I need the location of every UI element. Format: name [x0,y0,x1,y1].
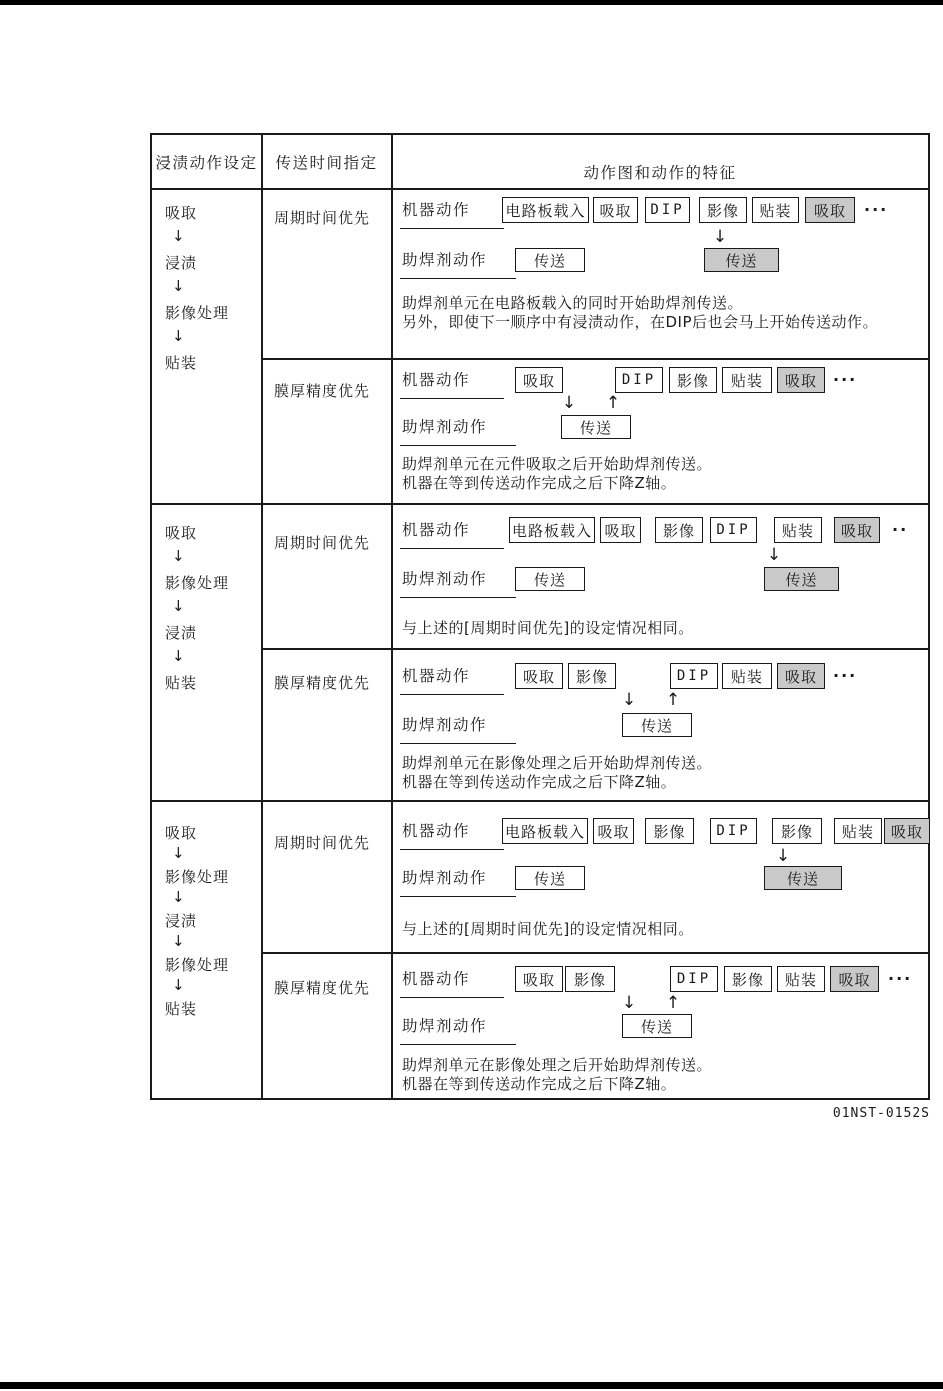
machine-action-box: 电路板载入 [502,197,589,223]
sequence-step: 浸渍 [165,622,197,643]
note-line: 机器在等到传送动作完成之后下降Z轴。 [402,773,676,792]
machine-action-box: DIP [645,197,690,223]
dip-settings-table: 浸渍动作设定 传送时间指定 动作图和动作的特征 吸取↓浸渍↓影像处理↓贴装周期时… [150,133,930,1100]
priority-cell: 周期时间优先 [274,832,370,853]
action-diagram: 机器动作吸取影像DIP影像贴装吸取···↓↑助焊剂动作传送助焊剂单元在影像处理之… [392,954,928,1098]
note-line: 助焊剂单元在电路板载入的同时开始助焊剂传送。 [402,294,743,313]
flux-transfer-box-next-cycle: 传送 [764,567,839,591]
sequence-step: 贴装 [165,352,197,373]
header-cell-dip-action-setting: 浸渍动作设定 [152,135,261,188]
machine-action-box: 吸取 [515,966,563,992]
table-vline [261,135,263,1098]
sequence-arrow-icon: ↓ [172,932,185,950]
sequence-arrow-icon: ↓ [172,976,185,994]
flux-transfer-box: 传送 [515,248,585,272]
sequence-step: 贴装 [165,672,197,693]
machine-action-box: 电路板载入 [502,818,588,844]
sequence-arrow-icon: ↓ [172,327,185,345]
down-arrow-icon: ↓ [560,394,578,412]
flux-action-label: 助焊剂动作 [400,866,516,897]
note-line: 助焊剂单元在影像处理之后开始助焊剂传送。 [402,754,712,773]
machine-action-box: 贴装 [774,517,822,543]
sequence-continues-ellipsis: ··· [864,200,888,220]
note-line: 与上述的[周期时间优先]的设定情况相同。 [402,619,694,638]
sequence-step: 影像处理 [165,954,229,975]
machine-action-box: 吸取 [593,197,638,223]
sequence-step: 贴装 [165,998,197,1019]
sequence-step: 吸取 [165,522,197,543]
dip-sequence-cell: 吸取↓影像处理↓浸渍↓贴装 [152,505,261,802]
machine-action-label: 机器动作 [400,368,504,399]
machine-action-box: DIP [710,818,757,844]
header-cell-transfer-time-spec: 传送时间指定 [263,135,390,188]
priority-cell: 膜厚精度优先 [274,380,370,401]
machine-action-box: 影像 [655,517,703,543]
sequence-step: 浸渍 [165,252,197,273]
flux-action-label: 助焊剂动作 [400,415,516,446]
sequence-continues-ellipsis: ··· [833,666,857,686]
note-line: 另外，即使下一顺序中有浸渍动作，在DIP后也会马上开始传送动作。 [402,313,878,332]
machine-action-box: 电路板载入 [509,517,595,543]
machine-action-box: 吸取 [515,663,563,689]
dip-sequence-cell: 吸取↓浸渍↓影像处理↓贴装 [152,190,261,505]
machine-action-box: 贴装 [777,966,825,992]
figure-caption: 01NST-0152S [833,1106,930,1121]
flux-action-label: 助焊剂动作 [400,248,516,279]
priority-cell: 周期时间优先 [274,532,370,553]
machine-action-label: 机器动作 [400,518,504,549]
down-arrow-icon: ↓ [765,546,783,564]
machine-action-box: 贴装 [722,663,772,689]
machine-action-box: 吸取 [593,818,634,844]
machine-action-label: 机器动作 [400,198,504,229]
page-bottom-edge-bar [0,1382,943,1389]
machine-action-box: DIP [710,517,757,543]
priority-cell: 周期时间优先 [274,207,370,228]
priority-cell: 膜厚精度优先 [274,672,370,693]
up-arrow-icon: ↑ [664,691,682,709]
machine-action-box: 吸取 [600,517,641,543]
flux-transfer-box: 传送 [622,713,692,737]
machine-action-label: 机器动作 [400,967,504,998]
sequence-continues-ellipsis: ·· [892,520,908,540]
flux-transfer-box: 传送 [561,415,631,439]
down-arrow-icon: ↓ [711,228,729,246]
action-diagram: 机器动作吸取影像DIP贴装吸取···↓↑助焊剂动作传送助焊剂单元在影像处理之后开… [392,650,928,802]
priority-cell: 膜厚精度优先 [274,977,370,998]
sequence-arrow-icon: ↓ [172,227,185,245]
flux-transfer-box: 传送 [515,567,585,591]
up-arrow-icon: ↑ [604,394,622,412]
machine-action-box: DIP [670,663,718,689]
sequence-step: 影像处理 [165,302,229,323]
machine-action-box: 影像 [568,663,616,689]
sequence-arrow-icon: ↓ [172,597,185,615]
sequence-step: 吸取 [165,202,197,223]
sequence-step: 吸取 [165,822,197,843]
machine-action-box-next-cycle: 吸取 [777,367,825,393]
flux-action-label: 助焊剂动作 [400,567,516,598]
sequence-arrow-icon: ↓ [172,547,185,565]
machine-action-box-next-cycle: 吸取 [805,197,855,223]
sequence-step: 影像处理 [165,866,229,887]
machine-action-box: 吸取 [515,367,563,393]
note-line: 助焊剂单元在影像处理之后开始助焊剂传送。 [402,1056,712,1075]
note-line: 机器在等到传送动作完成之后下降Z轴。 [402,1075,676,1094]
machine-action-box: 影像 [772,818,822,844]
note-line: 机器在等到传送动作完成之后下降Z轴。 [402,474,676,493]
action-diagram: 机器动作电路板载入吸取DIP影像贴装吸取···↓助焊剂动作传送传送助焊剂单元在电… [392,190,928,360]
machine-action-box: DIP [615,367,663,393]
flux-action-label: 助焊剂动作 [400,1014,516,1045]
machine-action-box-next-cycle: 吸取 [830,966,879,992]
machine-action-box: 贴装 [834,818,882,844]
machine-action-box: 贴装 [722,367,772,393]
action-diagram: 机器动作电路板载入吸取影像DIP影像贴装吸取↓助焊剂动作传送传送与上述的[周期时… [392,802,928,954]
flux-transfer-box: 传送 [622,1014,692,1038]
machine-action-label: 机器动作 [400,664,504,695]
sequence-arrow-icon: ↓ [172,844,185,862]
machine-action-box-next-cycle: 吸取 [884,818,930,844]
flux-transfer-box-next-cycle: 传送 [764,866,842,890]
sequence-arrow-icon: ↓ [172,888,185,906]
machine-action-box: 影像 [645,818,694,844]
machine-action-box: DIP [670,966,718,992]
page-top-edge-bar [0,0,943,5]
sequence-continues-ellipsis: ··· [833,370,857,390]
sequence-arrow-icon: ↓ [172,277,185,295]
down-arrow-icon: ↓ [620,691,638,709]
machine-action-box: 贴装 [752,197,799,223]
flux-action-label: 助焊剂动作 [400,713,516,744]
note-line: 与上述的[周期时间优先]的设定情况相同。 [402,920,694,939]
machine-action-box: 影像 [669,367,717,393]
sequence-step: 浸渍 [165,910,197,931]
sequence-step: 影像处理 [165,572,229,593]
down-arrow-icon: ↓ [620,994,638,1012]
down-arrow-icon: ↓ [774,847,792,865]
machine-action-box-next-cycle: 吸取 [777,663,825,689]
machine-action-box: 影像 [565,966,615,992]
manual-page: 浸渍动作设定 传送时间指定 动作图和动作的特征 吸取↓浸渍↓影像处理↓贴装周期时… [0,0,943,1391]
dip-sequence-cell: 吸取↓影像处理↓浸渍↓影像处理↓贴装 [152,802,261,1098]
note-line: 助焊剂单元在元件吸取之后开始助焊剂传送。 [402,455,712,474]
action-diagram: 机器动作电路板载入吸取影像DIP贴装吸取··↓助焊剂动作传送传送与上述的[周期时… [392,505,928,650]
action-diagram: 机器动作吸取DIP影像贴装吸取···↓↑助焊剂动作传送助焊剂单元在元件吸取之后开… [392,360,928,505]
machine-action-box: 影像 [699,197,747,223]
sequence-continues-ellipsis: ··· [888,969,912,989]
machine-action-box-next-cycle: 吸取 [834,517,880,543]
up-arrow-icon: ↑ [664,994,682,1012]
machine-action-box: 影像 [724,966,772,992]
flux-transfer-box-next-cycle: 传送 [704,248,779,272]
sequence-arrow-icon: ↓ [172,647,185,665]
flux-transfer-box: 传送 [515,866,585,890]
machine-action-label: 机器动作 [400,819,504,850]
